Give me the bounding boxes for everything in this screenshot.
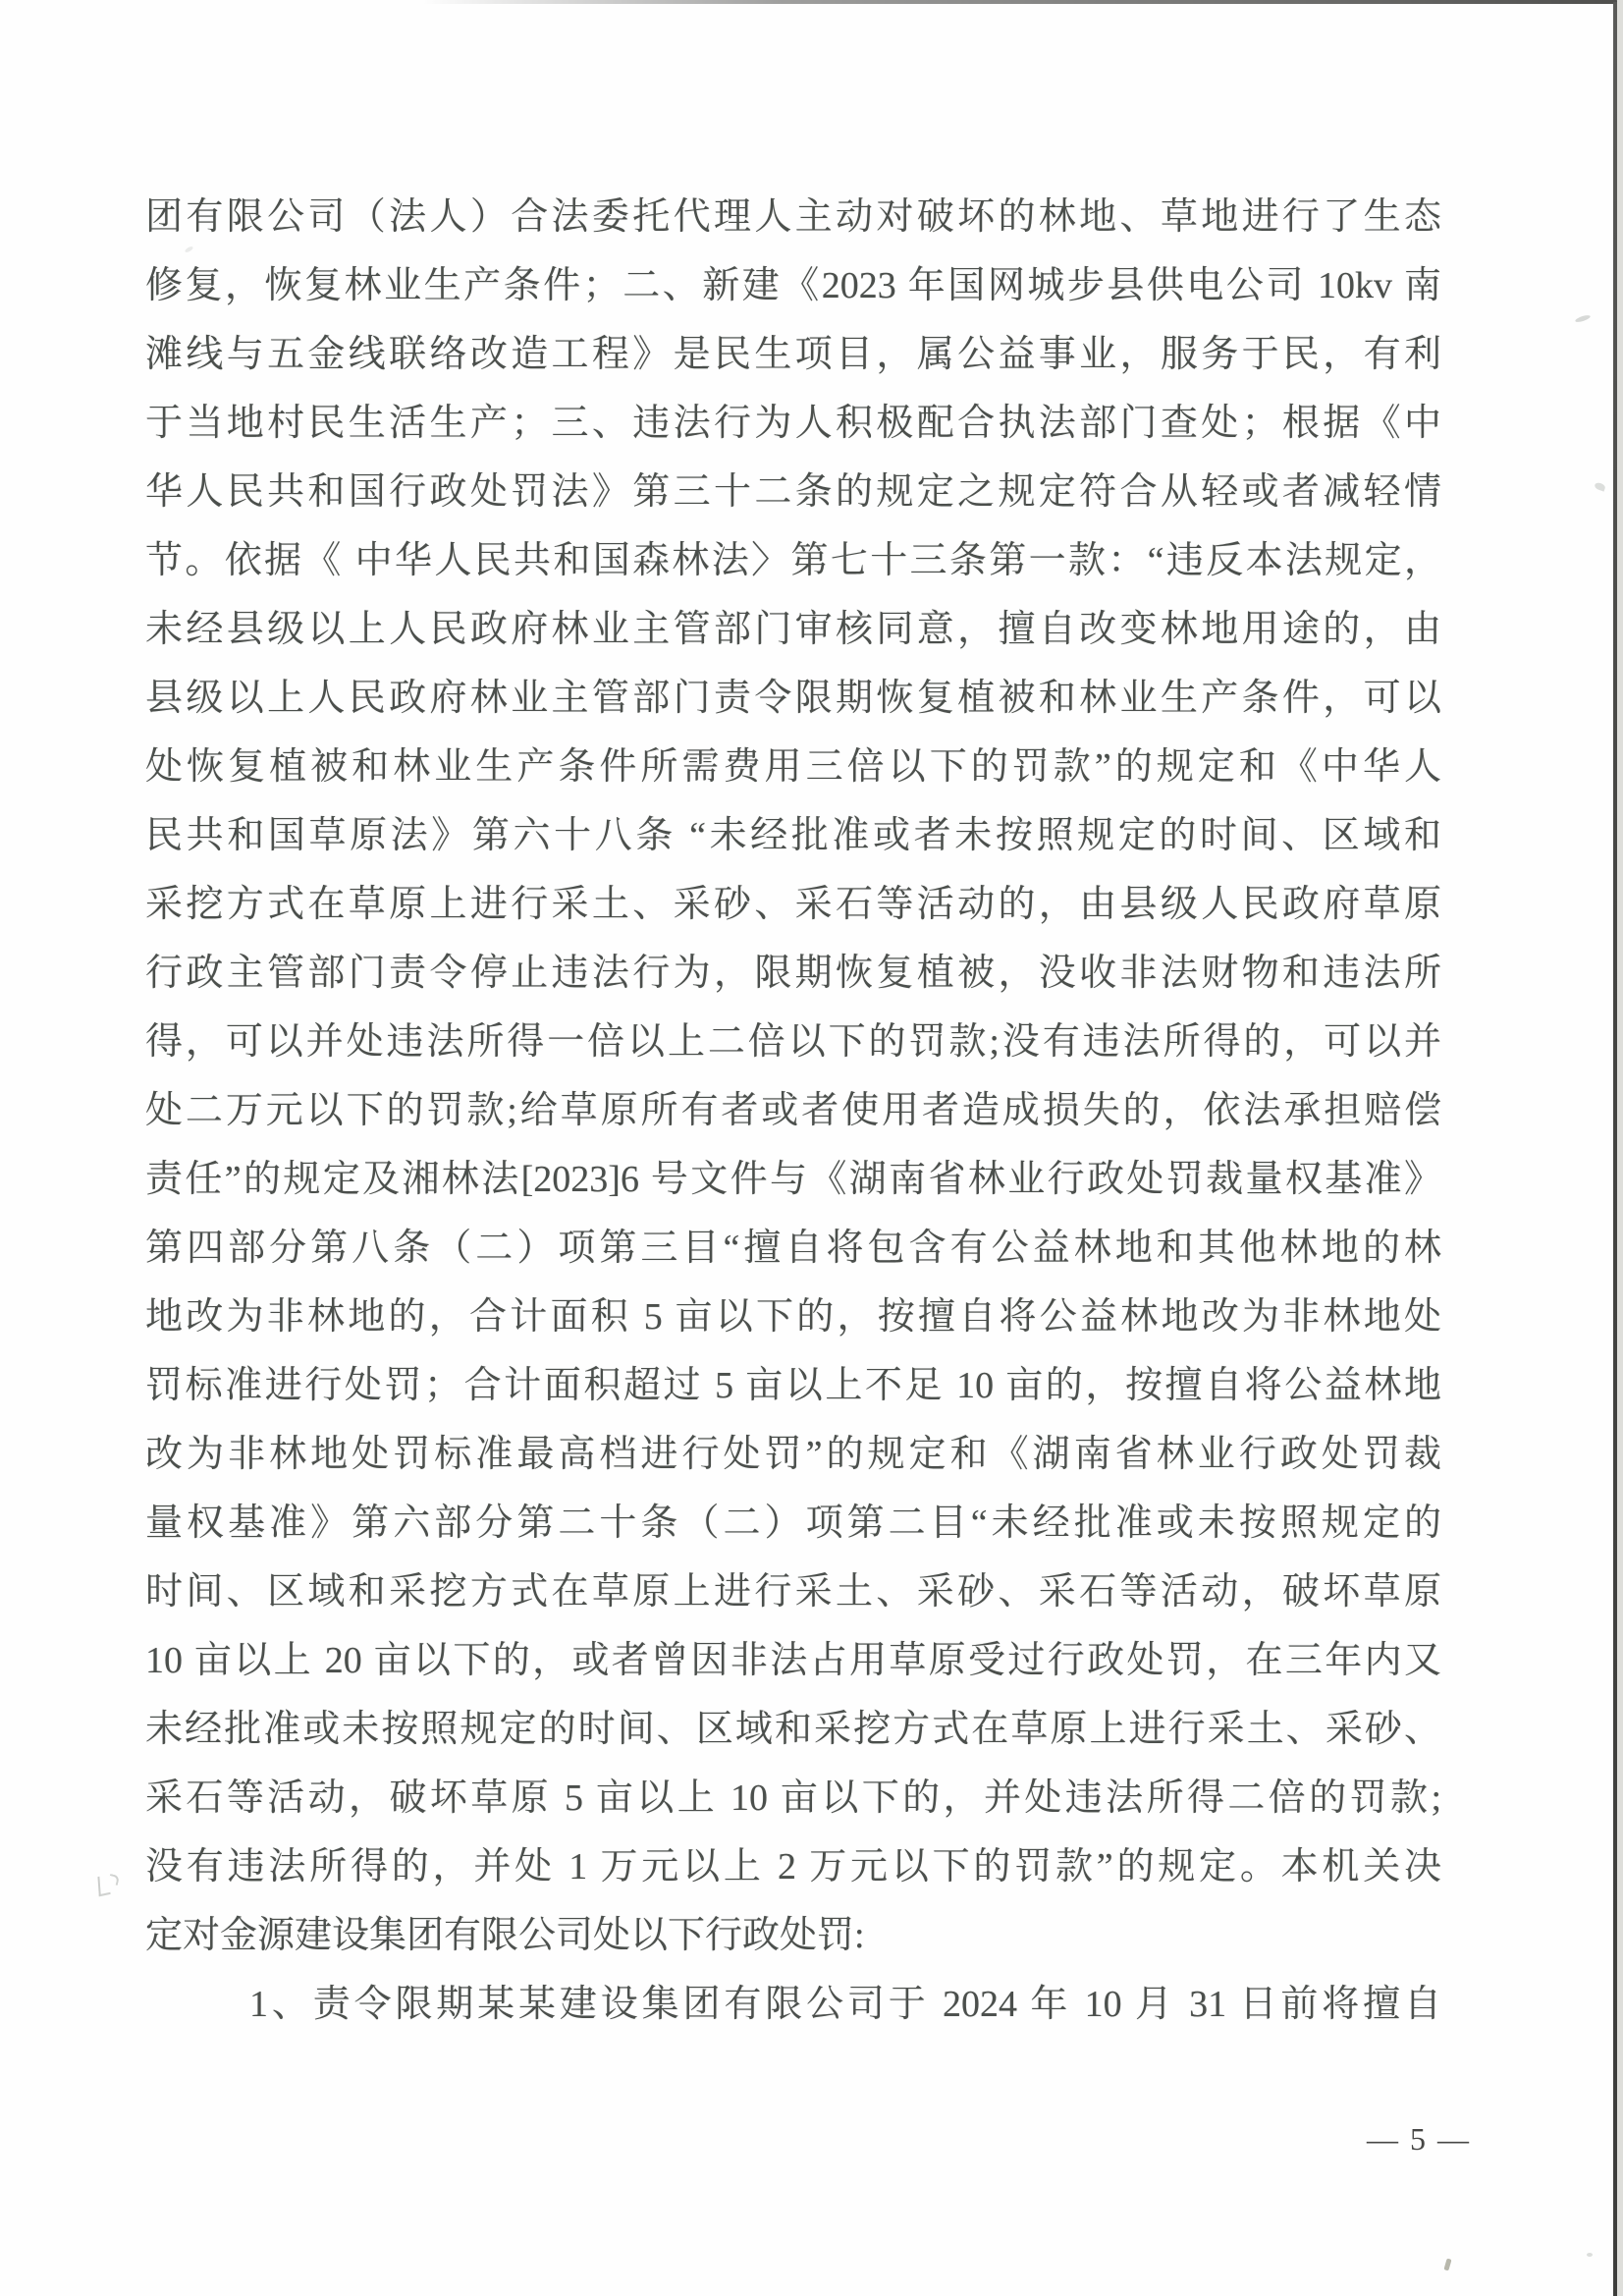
text-line: 行政主管部门责令停止违法行为，限期恢复植被，没收非法财物和违法所 <box>145 939 1441 1008</box>
text-line: 未经县级以上人民政府林业主管部门审核同意，擅自改变林地用途的，由 <box>145 595 1441 664</box>
scanned-document-page: 团有限公司（法人）合法委托代理人主动对破坏的林地、草地进行了生态修复，恢复林业生… <box>0 0 1623 2296</box>
text-line: 罚标准进行处罚；合计面积超过 5 亩以上不足 10 亩的，按擅自将公益林地 <box>145 1351 1441 1420</box>
text-line: 未经批准或未按照规定的时间、区域和采挖方式在草原上进行采土、采砂、 <box>145 1695 1441 1764</box>
text-line: 采挖方式在草原上进行采土、采砂、采石等活动的，由县级人民政府草原 <box>145 870 1441 939</box>
text-line: 修复，恢复林业生产条件；二、新建《2023 年国网城步县供电公司 10kv 南 <box>145 251 1441 320</box>
text-line: 改为非林地处罚标准最高档进行处罚”的规定和《湖南省林业行政处罚裁 <box>145 1420 1441 1489</box>
text-line: 定对金源建设集团有限公司处以下行政处罚: <box>145 1901 1441 1970</box>
faint-pencil-mark <box>94 1872 120 1899</box>
text-line: 1、责令限期某某建设集团有限公司于 2024 年 10 月 31 日前将擅自 <box>145 1970 1441 2039</box>
text-line: 没有违法所得的，并处 1 万元以上 2 万元以下的罚款”的规定。本机关决 <box>145 1832 1441 1901</box>
text-line: 处恢复植被和林业生产条件所需费用三倍以下的罚款”的规定和《中华人 <box>145 733 1441 801</box>
text-line: 团有限公司（法人）合法委托代理人主动对破坏的林地、草地进行了生态 <box>145 183 1441 251</box>
text-line: 处二万元以下的罚款;给草原所有者或者使用者造成损失的，依法承担赔偿 <box>145 1076 1441 1145</box>
text-line: 华人民共和国行政处罚法》第三十二条的规定之规定符合从轻或者减轻情 <box>145 458 1441 526</box>
text-line: 时间、区域和采挖方式在草原上进行采土、采砂、采石等活动，破坏草原 <box>145 1558 1441 1626</box>
scan-speck <box>1594 481 1606 491</box>
text-line: 10 亩以上 20 亩以下的，或者曾因非法占用草原受过行政处罚，在三年内又 <box>145 1626 1441 1695</box>
text-line: 量权基准》第六部分第二十条（二）项第二目“未经批准或未按照规定的 <box>145 1489 1441 1558</box>
text-line: 于当地村民生活生产；三、违法行为人积极配合执法部门查处；根据《中 <box>145 389 1441 458</box>
text-line: 采石等活动，破坏草原 5 亩以上 10 亩以下的，并处违法所得二倍的罚款; <box>145 1764 1441 1832</box>
text-line: 得，可以并处违法所得一倍以上二倍以下的罚款;没有违法所得的，可以并 <box>145 1008 1441 1076</box>
scan-edge-right-strip <box>1617 0 1623 2296</box>
text-line: 第四部分第八条（二）项第三目“擅自将包含有公益林地和其他林地的林 <box>145 1214 1441 1283</box>
text-line: 责任”的规定及湘林法[2023]6 号文件与《湖南省林业行政处罚裁量权基准》 <box>145 1145 1441 1214</box>
text-line: 滩线与五金线联络改造工程》是民生项目，属公益事业，服务于民，有利 <box>145 320 1441 389</box>
text-line: 节。依据《 中华人民共和国森林法〉第七十三条第一款：“违反本法规定， <box>145 526 1441 595</box>
scan-speck <box>1587 2253 1593 2257</box>
text-line: 民共和国草原法》第六十八条 “未经批准或者未按照规定的时间、区域和 <box>145 801 1441 870</box>
scan-speck <box>1443 2259 1451 2271</box>
scan-edge-right-line <box>1613 2 1617 2296</box>
body-text: 团有限公司（法人）合法委托代理人主动对破坏的林地、草地进行了生态修复，恢复林业生… <box>145 183 1441 2039</box>
text-line: 地改为非林地的，合计面积 5 亩以下的，按擅自将公益林地改为非林地处 <box>145 1283 1441 1351</box>
scan-speck <box>1575 314 1592 324</box>
page-number: — 5 — <box>1355 2121 1483 2158</box>
scan-edge-top-line <box>422 0 1618 4</box>
text-line: 县级以上人民政府林业主管部门责令限期恢复植被和林业生产条件，可以 <box>145 664 1441 733</box>
